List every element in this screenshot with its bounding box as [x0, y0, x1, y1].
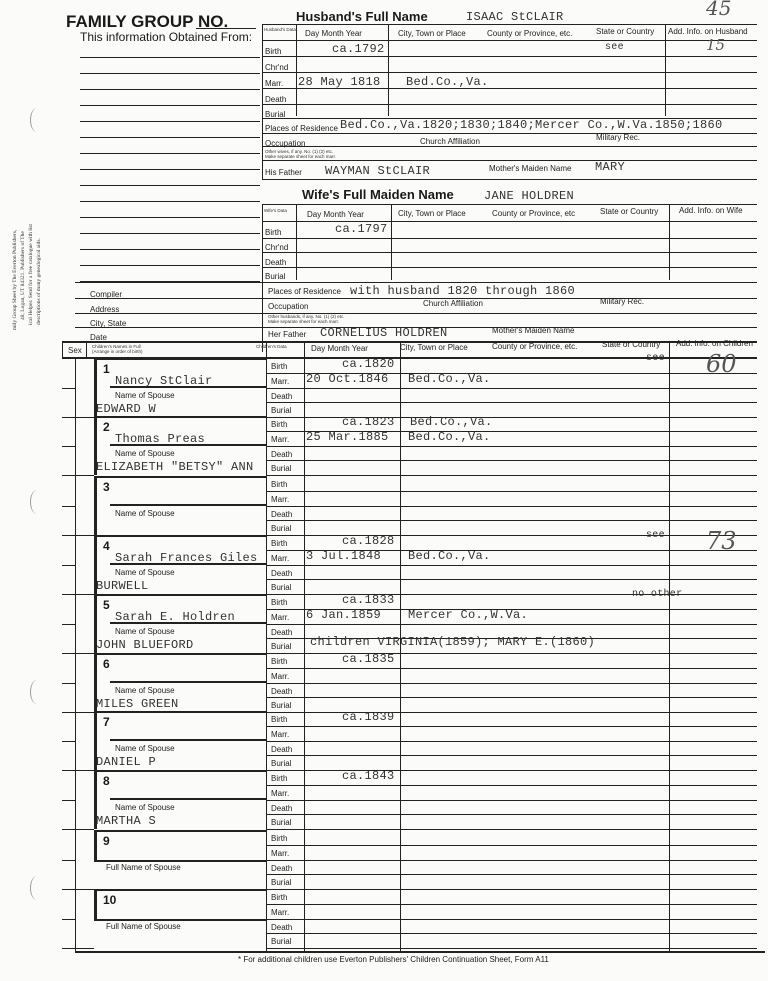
- spouse-name[interactable]: BURWELL: [96, 579, 149, 593]
- child-add-info: 60: [706, 350, 737, 378]
- wife-data-label: Wife's Data: [264, 208, 287, 213]
- mother-maiden-label: Mother's Maiden Name: [492, 326, 574, 335]
- event-label: Death: [271, 745, 292, 754]
- spouse-label: Full Name of Spouse: [106, 922, 181, 931]
- spouse-name[interactable]: ELIZABETH "BETSY" ANN: [96, 460, 254, 474]
- col-city: City, Town or Place: [400, 343, 468, 352]
- punch-hole: [30, 490, 44, 514]
- event-label: Burial: [271, 464, 291, 473]
- event-label: Marr.: [271, 849, 289, 858]
- col-state: State or Country: [596, 27, 654, 36]
- family-group-number-line[interactable]: [196, 28, 256, 29]
- child-marr-date[interactable]: 3 Jul.1848: [306, 549, 381, 563]
- husband-church-label: Church Affiliation: [420, 137, 480, 146]
- child-birth-date[interactable]: ca.1823: [342, 415, 395, 429]
- event-label: Marr.: [271, 730, 289, 739]
- child-birth-date[interactable]: ca.1828: [342, 534, 395, 548]
- event-label: Birth: [265, 228, 281, 237]
- child-add-info: 73: [706, 527, 737, 555]
- child-number: 2: [103, 420, 110, 434]
- event-label: Marr.: [271, 789, 289, 798]
- spouse-label: Name of Spouse: [115, 803, 175, 812]
- event-label: Marr.: [271, 435, 289, 444]
- husband-mother-name[interactable]: MARY: [595, 160, 625, 174]
- spouse-name[interactable]: MILES GREEN: [96, 697, 179, 711]
- child-birth-date[interactable]: ca.1820: [342, 357, 395, 371]
- col-children-names: Children's Names in Full (Arrange in ord…: [92, 344, 143, 354]
- col-day-month-year: Day Month Year: [307, 210, 364, 219]
- spouse-label: Name of Spouse: [115, 627, 175, 636]
- event-label: Birth: [265, 47, 281, 56]
- col-add-husband: Add. Info. on Husband: [668, 27, 748, 36]
- col-add-children: Add. info. on Children: [676, 339, 753, 348]
- punch-hole: [30, 108, 44, 132]
- spouse-name[interactable]: DANIEL P: [96, 755, 156, 769]
- event-label: Birth: [271, 480, 287, 489]
- col-sex: Sex: [68, 346, 82, 355]
- wife-residence[interactable]: with husband 1820 through 1860: [350, 284, 575, 298]
- punch-hole: [30, 876, 44, 900]
- child-number: 5: [103, 598, 110, 612]
- event-label: Birth: [271, 420, 287, 429]
- child-name[interactable]: Sarah E. Holdren: [115, 610, 235, 624]
- event-label: Death: [265, 258, 286, 267]
- her-father-label: Her Father: [268, 330, 306, 339]
- his-father-name[interactable]: WAYMAN StCLAIR: [325, 164, 430, 178]
- child-marr-date[interactable]: 6 Jan.1859: [306, 608, 381, 622]
- col-city: City, Town or Place: [398, 209, 466, 218]
- spouse-label: Name of Spouse: [115, 686, 175, 695]
- child-number: 3: [103, 480, 110, 494]
- husband-marr-place[interactable]: Bed.Co.,Va.: [406, 75, 489, 89]
- child-marr-date[interactable]: 20 Oct.1846: [306, 372, 389, 386]
- husband-name[interactable]: ISAAC StCLAIR: [466, 10, 564, 24]
- event-label: Death: [265, 95, 286, 104]
- spouse-label: Name of Spouse: [115, 449, 175, 458]
- spouse-label: Name of Spouse: [115, 391, 175, 400]
- wife-occupation-label: Occupation: [268, 302, 308, 311]
- event-label: Birth: [271, 715, 287, 724]
- event-label: Death: [271, 864, 292, 873]
- event-label: Marr.: [271, 377, 289, 386]
- event-label: Birth: [271, 539, 287, 548]
- col-city: City, Town or Place: [398, 29, 466, 38]
- child-state-note[interactable]: see: [646, 530, 665, 541]
- husband-residence[interactable]: Bed.Co.,Va.1820;1830;1840;Mercer Co.,W.V…: [340, 118, 723, 132]
- event-label: Death: [271, 392, 292, 401]
- event-label: Birth: [271, 657, 287, 666]
- child-name[interactable]: Sarah Frances Giles: [115, 551, 258, 565]
- child-state-note[interactable]: no other: [632, 589, 682, 600]
- child-marr-date[interactable]: 25 Mar.1885: [306, 430, 389, 444]
- form-title: FAMILY GROUP NO.: [66, 12, 228, 32]
- child-name[interactable]: Thomas Preas: [115, 432, 205, 446]
- wife-name[interactable]: JANE HOLDREN: [484, 189, 574, 203]
- event-label: Burial: [271, 406, 291, 415]
- his-father-label: His Father: [265, 168, 302, 177]
- event-label: Death: [271, 687, 292, 696]
- spouse-name[interactable]: JOHN BLUEFORD: [96, 638, 194, 652]
- event-label: Marr.: [265, 79, 283, 88]
- wife-name-label: Wife's Full Maiden Name: [302, 187, 454, 202]
- child-birth-place[interactable]: Bed.Co.,Va.: [410, 415, 493, 429]
- child-marr-place[interactable]: Bed.Co.,Va.: [408, 372, 491, 386]
- event-label: Burial: [271, 937, 291, 946]
- spouse-label: Name of Spouse: [115, 568, 175, 577]
- wife-military-label: Military Rec.: [600, 297, 644, 306]
- publisher-line: mily Group Sheet by The Everton Publishe…: [12, 230, 19, 330]
- col-state: State or Country: [600, 207, 658, 216]
- wife-church-label: Church Affiliation: [423, 299, 483, 308]
- event-label: Burial: [271, 818, 291, 827]
- child-number: 1: [103, 362, 110, 376]
- col-county: County or Province, etc.: [492, 342, 577, 351]
- spouse-label: Full Name of Spouse: [106, 863, 181, 872]
- col-children-data: Children's Data: [256, 344, 287, 349]
- child-name[interactable]: Nancy StClair: [115, 374, 213, 388]
- child-number: 10: [103, 893, 116, 907]
- other-husbands-label: Other husbands, if any. No. (1) (2) etc.…: [268, 314, 344, 324]
- publisher-sidebar: mily Group Sheet by The Everton Publishe…: [12, 160, 56, 330]
- wife-birth-date[interactable]: ca.1797: [335, 222, 388, 236]
- event-label: Burial: [271, 524, 291, 533]
- col-add-wife: Add. Info. on Wife: [679, 206, 743, 215]
- event-label: Marr.: [271, 495, 289, 504]
- event-label: Marr.: [271, 613, 289, 622]
- husband-birth-date[interactable]: ca.1792: [332, 42, 385, 56]
- husband-birth-state[interactable]: see: [605, 42, 624, 53]
- event-label: Marr.: [271, 554, 289, 563]
- event-label: Birth: [271, 834, 287, 843]
- husband-birth-add-info: 15: [706, 36, 725, 54]
- mother-maiden-label: Mother's Maiden Name: [489, 164, 571, 173]
- husband-data-label: Husband's Data: [264, 27, 296, 32]
- child-state-note[interactable]: see: [646, 353, 665, 364]
- event-label: Burial: [271, 642, 291, 651]
- event-label: Death: [271, 450, 292, 459]
- child-birth-date[interactable]: ca.1833: [342, 593, 395, 607]
- other-wives-label: Other wives, if any. No. (1) (2) etc. Ma…: [265, 149, 336, 159]
- event-label: Chr'nd: [265, 63, 288, 72]
- event-label: Burial: [271, 701, 291, 710]
- publisher-line: 48, Logan, UT 84321. Publishers of The: [20, 231, 27, 320]
- event-label: Birth: [271, 362, 287, 371]
- event-label: Death: [271, 569, 292, 578]
- husband-residence-label: Places of Residence: [265, 124, 338, 133]
- page-number-annotation: 45: [706, 0, 731, 20]
- child-marr-place[interactable]: Mercer Co.,W.Va.: [408, 608, 528, 622]
- spouse-name[interactable]: EDWARD W: [96, 402, 156, 416]
- event-label: Birth: [271, 598, 287, 607]
- child-number: 8: [103, 774, 110, 788]
- event-label: Death: [271, 804, 292, 813]
- husband-marr-date[interactable]: 28 May 1818: [298, 75, 381, 89]
- col-county: County or Province, etc: [492, 209, 575, 218]
- child-number: 9: [103, 834, 110, 848]
- spouse-label: Name of Spouse: [115, 744, 175, 753]
- child-marr-place[interactable]: Bed.Co.,Va.: [408, 549, 491, 563]
- publisher-line: descriptions of many genealogical aids.: [36, 238, 43, 325]
- publisher-line: ical Helper. Send for a free catalogue w…: [28, 224, 35, 325]
- event-label: Marr.: [271, 908, 289, 917]
- col-county: County or Province, etc.: [487, 29, 572, 38]
- event-label: Death: [271, 510, 292, 519]
- spouse-name[interactable]: MARTHA S: [96, 814, 156, 828]
- event-label: Burial: [271, 878, 291, 887]
- footer-note: * For additional children use Everton Pu…: [238, 955, 549, 964]
- child-number: 7: [103, 715, 110, 729]
- child-birth-date[interactable]: ca.1839: [342, 710, 395, 724]
- event-label: Birth: [271, 774, 287, 783]
- event-label: Death: [271, 628, 292, 637]
- col-state: State or Country: [602, 340, 660, 349]
- event-label: Birth: [271, 893, 287, 902]
- her-father-name[interactable]: CORNELIUS HOLDREN: [320, 326, 448, 340]
- spouse-label: Name of Spouse: [115, 509, 175, 518]
- child-burial-note[interactable]: children VIRGINIA(1859); MARY E.(1860): [310, 635, 595, 649]
- col-day-month-year: Day Month Year: [311, 344, 368, 353]
- husband-name-label: Husband's Full Name: [296, 9, 428, 24]
- col-day-month-year: Day Month Year: [305, 29, 362, 38]
- husband-military-label: Military Rec.: [596, 133, 640, 142]
- obtained-from-label: This information Obtained From:: [80, 30, 252, 44]
- child-marr-place[interactable]: Bed.Co.,Va.: [408, 430, 491, 444]
- child-birth-date[interactable]: ca.1835: [342, 652, 395, 666]
- event-label: Death: [271, 923, 292, 932]
- event-label: Burial: [271, 583, 291, 592]
- punch-hole: [30, 680, 44, 704]
- child-number: 4: [103, 539, 110, 553]
- event-label: Burial: [265, 272, 285, 281]
- wife-residence-label: Places of Residence: [268, 287, 341, 296]
- event-label: Chr'nd: [265, 243, 288, 252]
- event-label: Marr.: [271, 672, 289, 681]
- event-label: Burial: [271, 759, 291, 768]
- child-birth-date[interactable]: ca.1843: [342, 769, 395, 783]
- child-number: 6: [103, 657, 110, 671]
